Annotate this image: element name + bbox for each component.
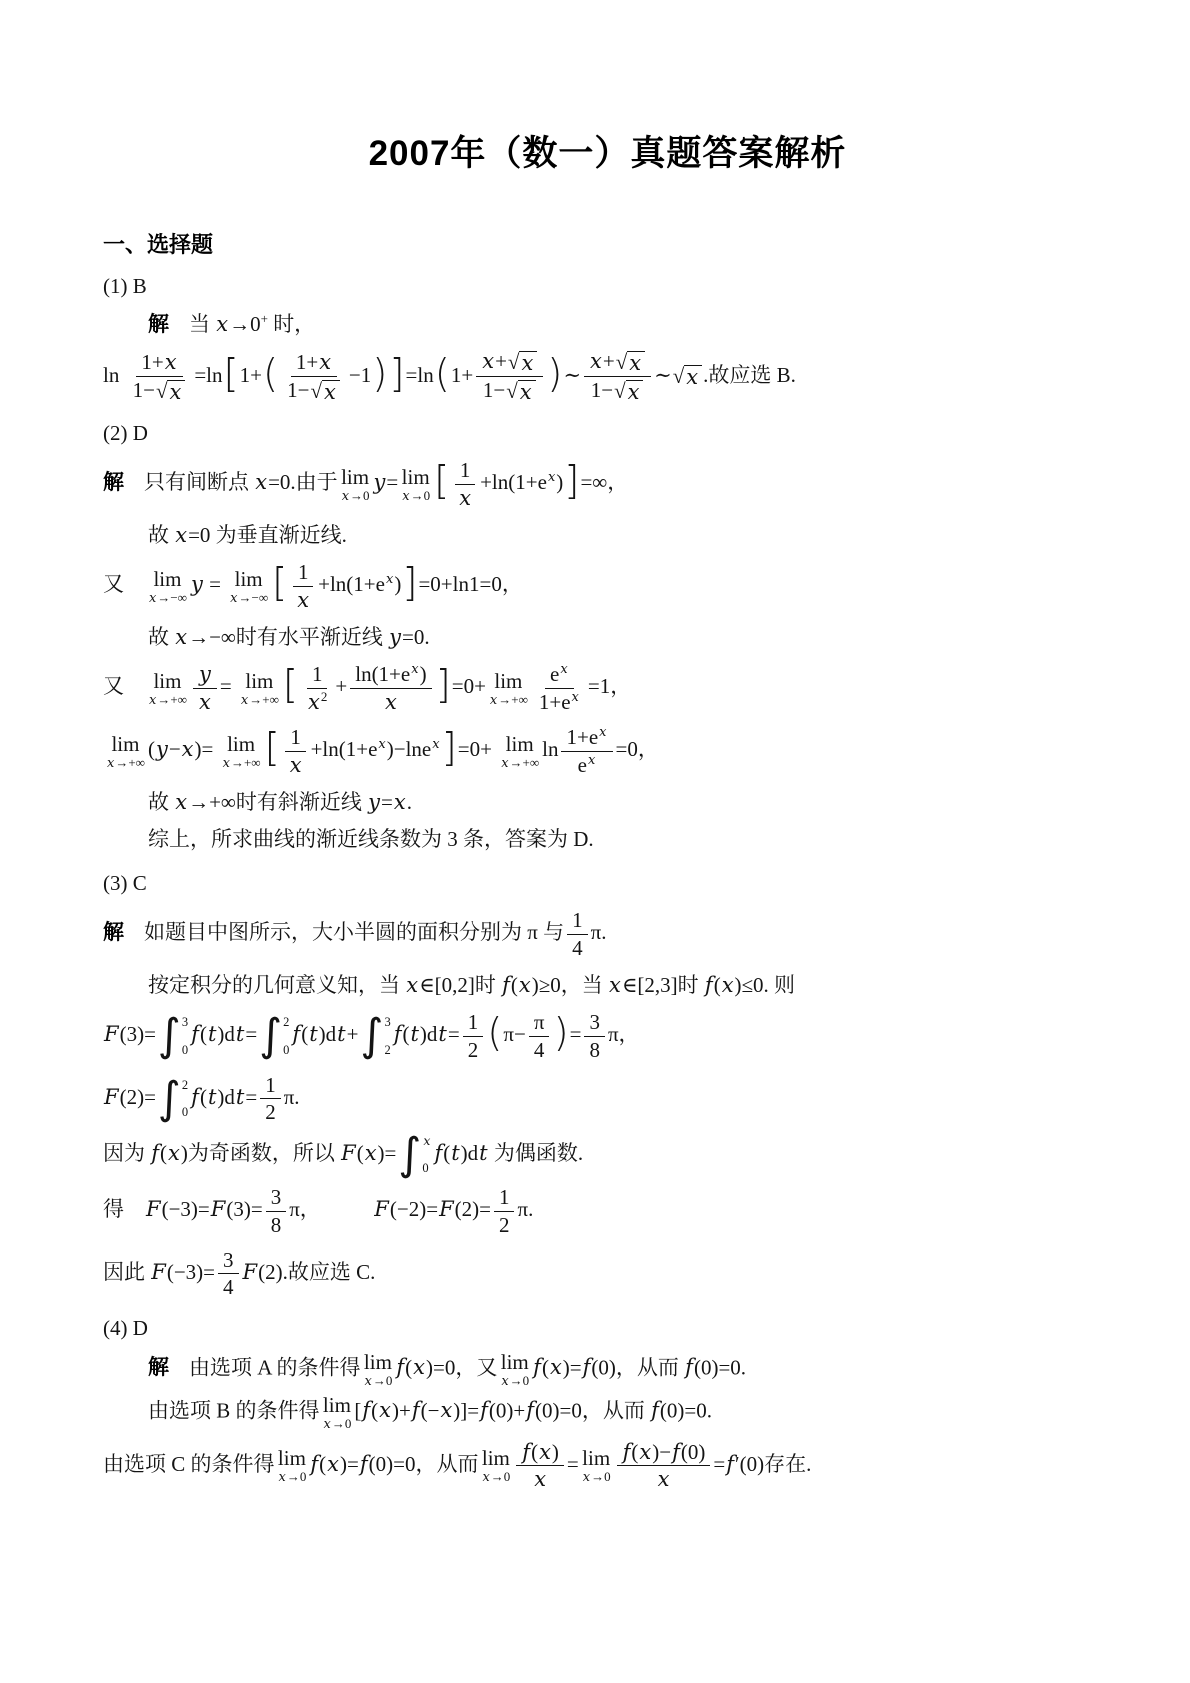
problem: (1) B解当 x→0+ 时，ln 1+x1−√x=ln[1+(1+x1−√x−…	[103, 271, 1112, 406]
square-root: √x	[614, 380, 643, 405]
limit: limx→0	[401, 466, 430, 503]
radical-icon: √	[673, 365, 685, 389]
radical-icon: √	[614, 380, 626, 404]
limit: limx→+∞	[489, 670, 528, 707]
fraction: 1x	[453, 458, 477, 511]
solution-line: F(3)=∫30f(t)dt=∫20f(t)dt+∫32f(t)dt=12(π−…	[103, 1009, 1112, 1064]
solution-line: 因此 F(−3)=34F(2).故应选 C.	[103, 1247, 1112, 1302]
limit: limx→−∞	[229, 568, 268, 605]
solution-line: 因为 f(x)为奇函数，所以 F(x)=∫x0f(t)dt 为偶函数.	[103, 1134, 1112, 1176]
integral: ∫30	[158, 1015, 188, 1057]
integral: ∫32	[360, 1015, 390, 1057]
fraction: 14	[567, 908, 588, 961]
limit: limx→0	[364, 1351, 393, 1388]
big-delimiter: )	[547, 356, 562, 395]
fraction: ln(1+ex)x	[350, 662, 431, 715]
big-delimiter: (	[487, 1015, 502, 1054]
fraction: 1+x1−√x	[128, 350, 192, 404]
radical-icon: √	[311, 380, 323, 404]
square-root: √x	[311, 380, 340, 405]
solution-line: 得 F(−3)=F(3)=38π， F(−2)=F(2)=12π.	[103, 1184, 1112, 1239]
integral-icon: ∫	[398, 1134, 421, 1176]
fraction: x+√x1−√x	[476, 349, 543, 405]
big-delimiter: ]	[436, 667, 451, 706]
answer-label: (2) D	[103, 418, 1112, 450]
limit: limx→0	[500, 1351, 529, 1388]
solution-line: 又 limx→−∞y = limx→−∞[1x+ln(1+ex)]=0+ln1=…	[103, 559, 1112, 614]
big-delimiter: (	[435, 356, 450, 395]
integral: ∫x0	[398, 1134, 431, 1176]
problems-container: (1) B解当 x→0+ 时，ln 1+x1−√x=ln[1+(1+x1−√x−…	[103, 271, 1112, 1493]
answer-label: (3) C	[103, 868, 1112, 900]
limit: limx→+∞	[240, 670, 279, 707]
limit: limx→+∞	[106, 733, 145, 770]
fraction: ex1+ex	[534, 662, 585, 715]
radical-icon: √	[156, 380, 168, 404]
answer-label: (1) B	[103, 271, 1112, 303]
limit: limx→+∞	[500, 733, 539, 770]
solution-lead: 解	[148, 313, 169, 336]
big-delimiter: [	[434, 463, 449, 502]
fraction: x+√x1−√x	[584, 349, 651, 405]
fraction: 1x	[291, 560, 315, 613]
fraction: 1+x1−√x	[282, 350, 346, 404]
solution-line: 又 limx→+∞yx= limx→+∞[1x2+ln(1+ex)x]=0+li…	[103, 661, 1112, 716]
radical-icon: √	[506, 380, 518, 404]
solution-line: ln 1+x1−√x=ln[1+(1+x1−√x−1)]=ln(1+x+√x1−…	[103, 348, 1112, 406]
solution-line: 由选项 C 的条件得limx→0f(x)=f(0)=0，从而limx→0f(x)…	[103, 1439, 1112, 1494]
radical-icon: √	[508, 351, 520, 375]
integral: ∫20	[259, 1015, 289, 1057]
limit: limx→0	[278, 1447, 307, 1484]
solution-line: limx→+∞(y−x)= limx→+∞[1x+ln(1+ex)−lnex]=…	[103, 724, 1112, 779]
fraction: 1+exex	[561, 725, 612, 778]
fraction: 12	[494, 1185, 515, 1238]
limit: limx→0	[481, 1447, 510, 1484]
limit: limx→0	[582, 1447, 611, 1484]
big-delimiter: ]	[564, 463, 579, 502]
fraction: 12	[463, 1010, 484, 1063]
solution-line: 解只有间断点 x=0.由于limx→0y=limx→0[1x+ln(1+ex)]…	[103, 457, 1112, 512]
solution-line: 故 x=0 为垂直渐近线.	[148, 520, 1112, 552]
solution-lead: 解	[103, 471, 124, 494]
fraction: 38	[266, 1185, 287, 1238]
limit: limx→−∞	[148, 568, 187, 605]
fraction: f(x)x	[516, 1440, 564, 1493]
problem: (3) C解如题目中图所示，大小半圆的面积分别为 π 与14π.按定积分的几何意…	[103, 868, 1112, 1302]
problem: (2) D解只有间断点 x=0.由于limx→0y=limx→0[1x+ln(1…	[103, 418, 1112, 856]
limit: limx→+∞	[222, 733, 261, 770]
solution-line: 综上，所求曲线的渐近线条数为 3 条，答案为 D.	[148, 824, 1112, 856]
solution-line: 故 x→−∞时有水平渐近线 y=0.	[148, 622, 1112, 654]
integral-icon: ∫	[158, 1078, 181, 1120]
square-root: √x	[156, 380, 185, 405]
limit: limx→0	[341, 466, 370, 503]
fraction: 1x	[284, 725, 308, 778]
big-delimiter: [	[272, 565, 287, 604]
fraction: 12	[260, 1073, 281, 1126]
integral: ∫20	[158, 1078, 188, 1120]
big-delimiter: )	[372, 356, 387, 395]
square-root: √x	[506, 380, 535, 405]
big-delimiter: )	[553, 1015, 568, 1054]
big-delimiter: (	[263, 356, 278, 395]
integral-icon: ∫	[259, 1015, 282, 1057]
solution-line: 故 x→+∞时有斜渐近线 y=x.	[148, 787, 1112, 819]
answer-label: (4) D	[103, 1313, 1112, 1345]
solution-line: F(2)=∫20f(t)dt=12π.	[103, 1072, 1112, 1127]
solution-line: 解由选项 A 的条件得limx→0f(x)=0，又limx→0f(x)=f(0)…	[148, 1351, 1112, 1388]
solution-line: 由选项 B 的条件得limx→0[f(x)+f(−x)]=f(0)+f(0)=0…	[148, 1394, 1112, 1431]
big-delimiter: [	[224, 356, 239, 395]
square-root: √x	[673, 365, 702, 390]
big-delimiter: ]	[402, 565, 417, 604]
fraction: 1x2	[302, 662, 332, 715]
limit: limx→0	[323, 1394, 352, 1431]
big-delimiter: ]	[389, 356, 404, 395]
fraction: f(x)−f(0)x	[617, 1440, 711, 1493]
big-delimiter: [	[265, 730, 280, 769]
fraction: 38	[584, 1010, 605, 1063]
solution-line: 按定积分的几何意义知，当 x∈[0,2]时 f(x)≥0，当 x∈[2,3]时 …	[148, 970, 1112, 1002]
square-root: √x	[508, 351, 537, 376]
problem: (4) D解由选项 A 的条件得limx→0f(x)=0，又limx→0f(x)…	[103, 1313, 1112, 1493]
section-heading: 一、选择题	[103, 228, 1112, 259]
solution-lead: 解	[103, 921, 124, 944]
solution-lead: 解	[148, 1356, 169, 1379]
solution-line: 解如题目中图所示，大小半圆的面积分别为 π 与14π.	[103, 907, 1112, 962]
integral-icon: ∫	[158, 1015, 181, 1057]
big-delimiter: [	[283, 667, 298, 706]
fraction: π4	[529, 1010, 550, 1063]
document-page: 2007年（数一）真题答案解析 一、选择题 (1) B解当 x→0+ 时，ln …	[0, 0, 1190, 1683]
radical-icon: √	[616, 351, 628, 375]
page-title: 2007年（数一）真题答案解析	[103, 126, 1112, 176]
fraction: yx	[193, 662, 217, 715]
square-root: √x	[616, 351, 645, 376]
fraction: 34	[218, 1248, 239, 1301]
integral-icon: ∫	[360, 1015, 383, 1057]
solution-line: 解当 x→0+ 时，	[148, 309, 1112, 341]
limit: limx→+∞	[148, 670, 187, 707]
big-delimiter: ]	[442, 730, 457, 769]
